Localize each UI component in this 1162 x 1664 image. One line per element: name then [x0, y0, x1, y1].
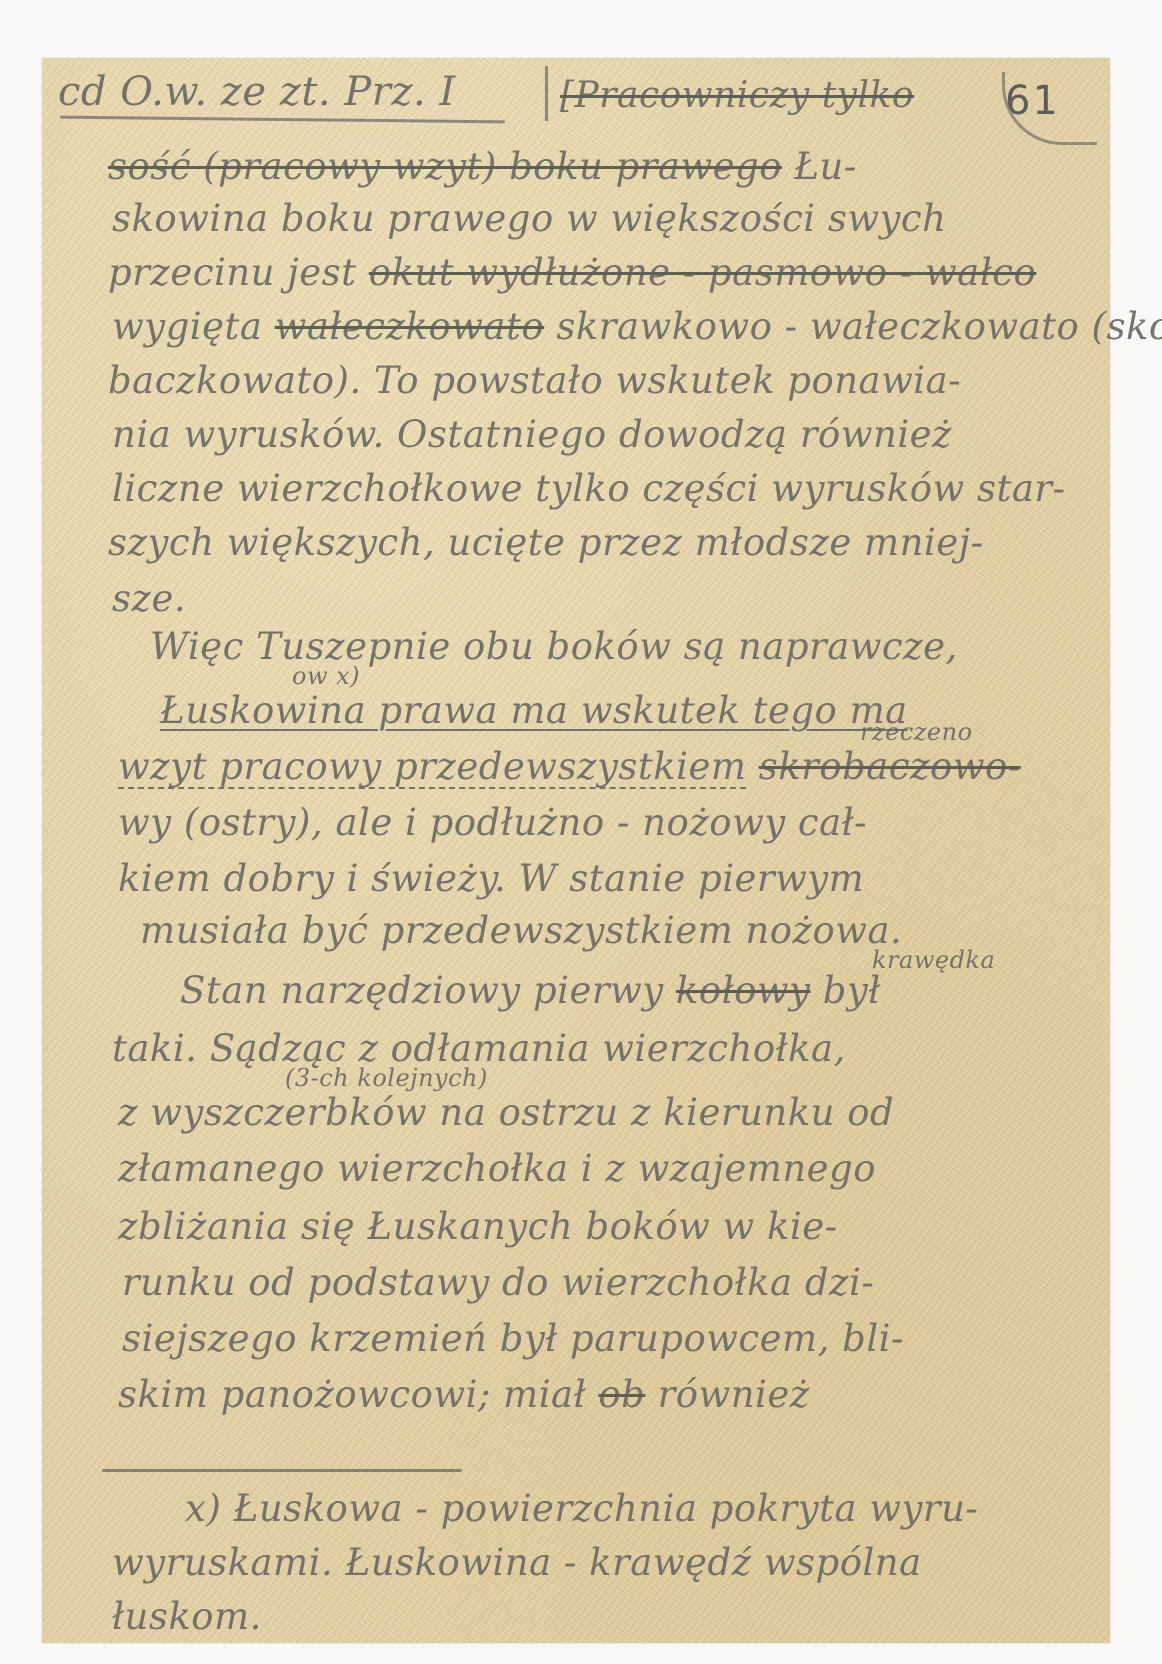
footnote-line-3: łuskom. — [112, 1598, 262, 1635]
line-20: zbliżania się Łuskanych boków w kie- — [118, 1208, 838, 1245]
line-8: szych większych, ucięte przez młodsze mn… — [108, 524, 984, 561]
line-2: skowina boku prawego w większości swych — [112, 200, 946, 237]
line-11-text: Łuskowina prawa ma wskutek tego ma — [160, 689, 908, 732]
line-23-struck: ob — [598, 1373, 645, 1416]
line-5: baczkowato). To powstało wskutek ponawia… — [108, 362, 961, 399]
struck-header-title: [Pracowniczy tylko — [560, 78, 914, 114]
line-1-struck: sość (pracowy wzyt) boku prawego — [108, 145, 782, 188]
line-16-struck: kołowy — [676, 969, 811, 1012]
line-3-plain: przecinu jest — [108, 251, 356, 294]
line-23: skim panożowcowi; miał ob również — [118, 1376, 810, 1413]
line-13: wy (ostry), ale i podłużno - nożowy cał- — [118, 804, 867, 841]
line-3: przecinu jest okut wydłużone - pasmowo -… — [108, 254, 1036, 291]
line-19: złamanego wierzchołka i z wzajemnego — [118, 1150, 876, 1187]
line-10: Więc Tuszepnie obu boków są naprawcze, — [150, 628, 958, 665]
line-4-plain: wygięta — [112, 305, 262, 348]
line-23-text: skim panożowcowi; miał — [118, 1373, 586, 1416]
line-1: sość (pracowy wzyt) boku prawego Łu- — [108, 148, 857, 185]
line-12-struck: skrobaczowo- — [759, 745, 1021, 788]
line-17: taki. Sądząc z odłamania wierzchołka, — [112, 1030, 846, 1067]
line-11-superscript: ow x) — [292, 664, 360, 688]
line-4-struck: wałeczkowato — [275, 305, 544, 348]
header-bracket — [545, 66, 548, 121]
line-16-continuation: był — [823, 969, 881, 1012]
line-12-correction: rzeczeno — [860, 720, 973, 744]
footnote-separator — [102, 1469, 462, 1472]
footnote-line-2: wyruskami. Łuskowina - krawędź wspólna — [112, 1544, 922, 1581]
line-23-continuation: również — [658, 1373, 810, 1416]
line-18-superscript: (3-ch kolejnych) — [285, 1066, 488, 1090]
line-4-continuation: skrawkowo - wałeczkowato (sko- — [556, 305, 1162, 348]
line-9: sze. — [112, 580, 186, 617]
line-11: Łuskowina prawa ma wskutek tego ma — [160, 692, 908, 729]
line-6: nia wyrusków. Ostatniego dowodzą również — [112, 416, 952, 453]
line-1-plain: Łu- — [794, 145, 857, 188]
line-22: siejszego krzemień był parupowcem, bli- — [122, 1320, 904, 1357]
line-7: liczne wierzchołkowe tylko części wyrusk… — [112, 470, 1066, 507]
page-number: 61 — [1005, 78, 1060, 124]
line-12: wzyt pracowy przedewszystkiem skrobaczow… — [118, 748, 1021, 785]
line-16: Stan narzędziowy pierwy kołowy był — [180, 972, 881, 1009]
line-16-correction: krawędka — [872, 948, 995, 972]
line-4: wygięta wałeczkowato skrawkowo - wałeczk… — [112, 308, 1162, 345]
line-18: z wyszczerbków na ostrzu z kierunku od — [118, 1094, 894, 1131]
line-16-text: Stan narzędziowy pierwy — [180, 969, 664, 1012]
line-12-text: wzyt pracowy przedewszystkiem — [118, 745, 746, 788]
line-21: runku od podstawy do wierzchołka dzi- — [122, 1264, 874, 1301]
header-reference: cd O.w. ze zt. Prz. I — [58, 72, 456, 112]
footnote-line-1: x) Łuskowa - powierzchnia pokryta wyru- — [185, 1490, 978, 1527]
line-14: kiem dobry i świeży. W stanie pierwym — [118, 860, 864, 897]
line-3-struck: okut wydłużone - pasmowo - wałco — [369, 251, 1037, 294]
line-15: musiała być przedewszystkiem nożowa. — [140, 912, 902, 949]
